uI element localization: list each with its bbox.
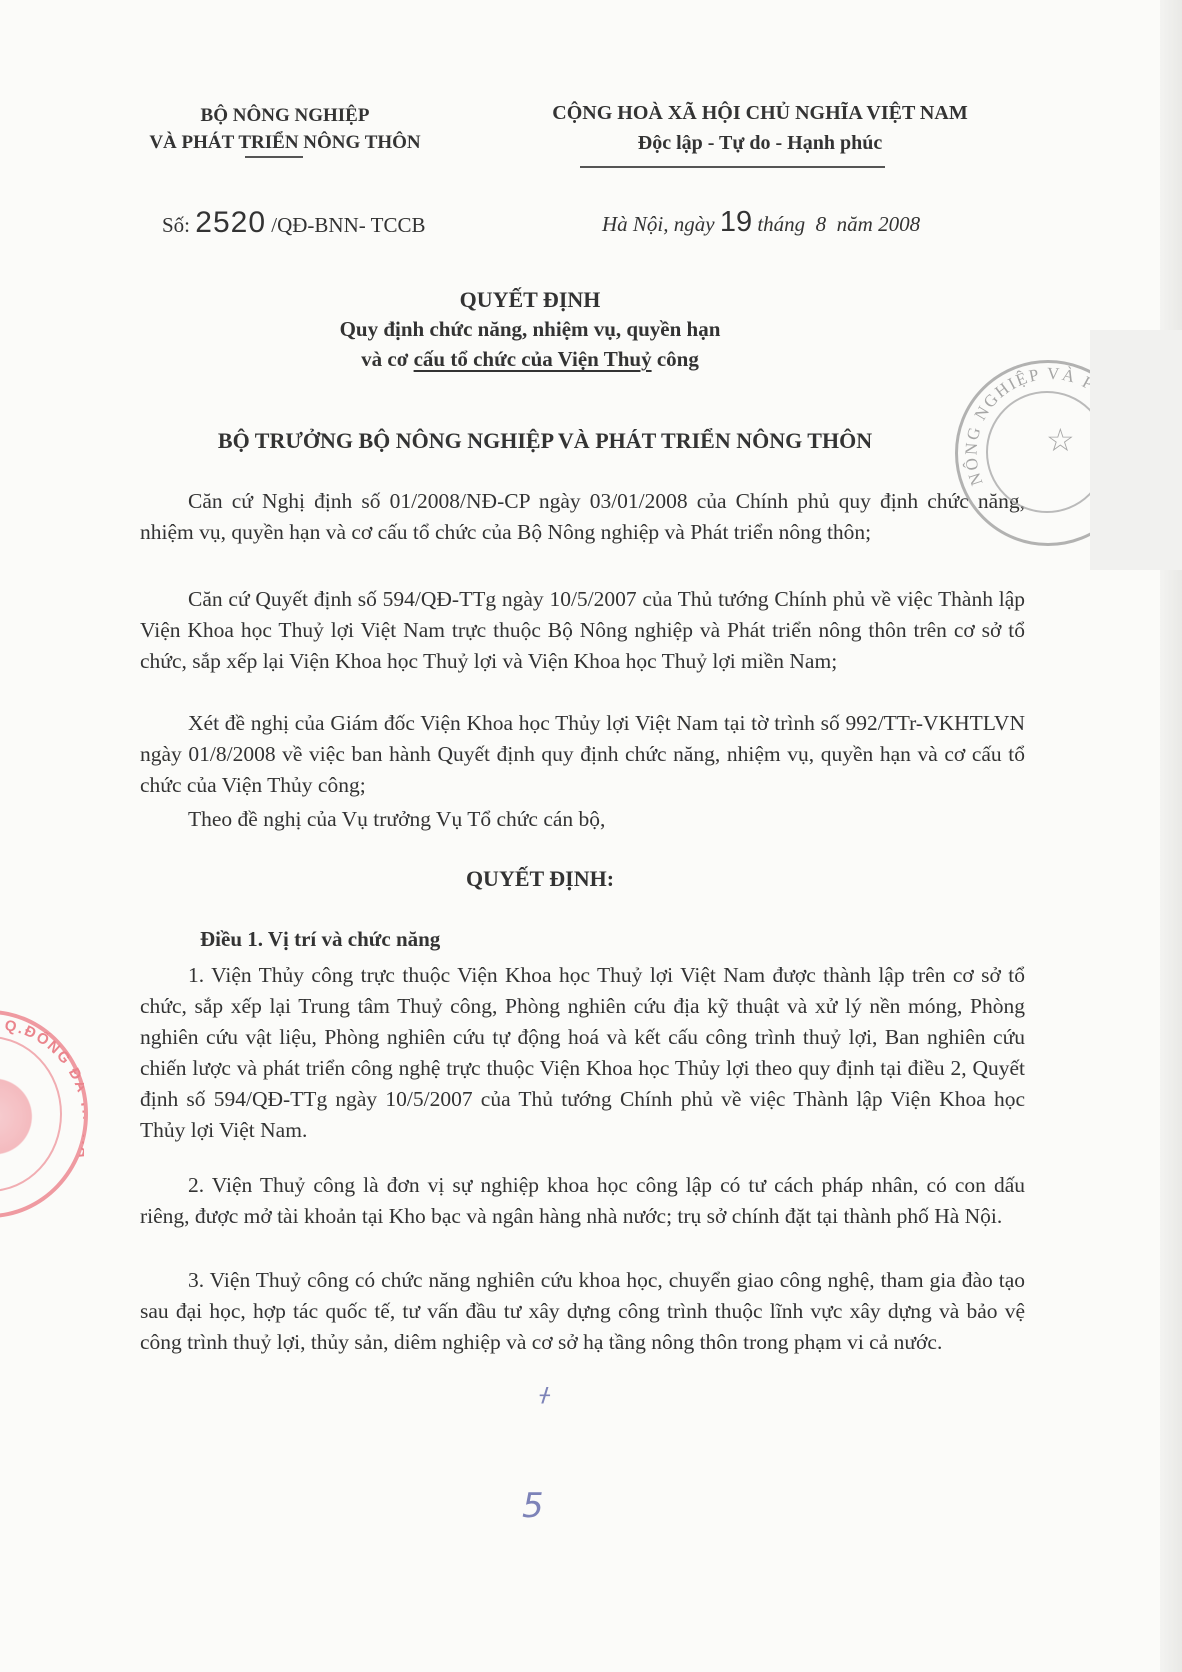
- article-1-heading: Điều 1. Vị trí và chức năng: [200, 927, 440, 952]
- scan-edge-shadow: [1160, 0, 1182, 1672]
- preamble-decision: Căn cứ Quyết định số 594/QĐ-TTg ngày 10/…: [140, 584, 1025, 677]
- initial-mark: ᚋ: [540, 1382, 550, 1406]
- country-line-1: CỘNG HOÀ XÃ HỘI CHỦ NGHĨA VIỆT NAM: [500, 98, 1020, 128]
- decision-heading: QUYẾT ĐỊNH:: [0, 866, 1080, 892]
- district-seal: Q.ĐỐNG ĐA T.P HÀ NỘI: [0, 1010, 88, 1218]
- subtitle-line-1: Quy định chức năng, nhiệm vụ, quyền hạn: [0, 314, 1060, 344]
- date-rest: tháng 8 năm 2008: [757, 212, 920, 236]
- number-suffix: /QĐ-BNN- TCCB: [271, 213, 425, 237]
- country-motto: Độc lập - Tự do - Hạnh phúc: [500, 128, 1020, 158]
- ministry-line-1: BỘ NÔNG NGHIỆP: [140, 102, 430, 129]
- ministry-line-2: VÀ PHÁT TRIỂN NÔNG THÔN: [140, 129, 430, 156]
- date-day: 19: [720, 206, 752, 238]
- decision-title: QUYẾT ĐỊNH: [0, 287, 1060, 313]
- preamble-proposal: Xét đề nghị của Giám đốc Viện Khoa học T…: [140, 708, 1025, 801]
- ministry-header: BỘ NÔNG NGHIỆP VÀ PHÁT TRIỂN NÔNG THÔN: [140, 102, 430, 156]
- preamble-hr-proposal: Theo đề nghị của Vụ trưởng Vụ Tổ chức cá…: [140, 804, 1025, 835]
- subtitle-line-2: và cơ cấu tổ chức của Viện Thuỷ công: [0, 344, 1060, 374]
- issuer-heading: BỘ TRƯỞNG BỘ NÔNG NGHIỆP VÀ PHÁT TRIỂN N…: [0, 428, 1090, 454]
- page-number: 5: [522, 1486, 544, 1526]
- document-date: Hà Nội, ngày 19 tháng 8 năm 2008: [602, 206, 920, 239]
- date-prefix: Hà Nội, ngày: [602, 212, 715, 236]
- country-header: CỘNG HOÀ XÃ HỘI CHỦ NGHĨA VIỆT NAM Độc l…: [500, 98, 1020, 158]
- ministry-underline: [245, 156, 303, 158]
- number-value: 2520: [195, 206, 266, 239]
- motto-underline: [580, 166, 885, 168]
- document-page: BỘ NÔNG NGHIỆP VÀ PHÁT TRIỂN NÔNG THÔN C…: [0, 0, 1182, 1672]
- scan-edge-mask: [1090, 330, 1182, 570]
- preamble-decree: Căn cứ Nghị định số 01/2008/NĐ-CP ngày 0…: [140, 486, 1025, 548]
- article-1-clause-1: 1. Viện Thủy công trực thuộc Viện Khoa h…: [140, 960, 1025, 1146]
- decision-subtitle: Quy định chức năng, nhiệm vụ, quyền hạn …: [0, 314, 1060, 374]
- article-1-clause-3: 3. Viện Thuỷ công có chức năng nghiên cứ…: [140, 1265, 1025, 1358]
- document-number: Số: 2520 /QĐ-BNN- TCCB: [162, 206, 425, 240]
- district-seal-text-ring: Q.ĐỐNG ĐA T.P HÀ NỘI: [0, 1014, 84, 1214]
- svg-text:Q.ĐỐNG ĐA T.P HÀ NỘI: Q.ĐỐNG ĐA T.P HÀ NỘI: [0, 1014, 84, 1169]
- number-prefix: Số:: [162, 213, 190, 237]
- article-1-clause-2: 2. Viện Thuỷ công là đơn vị sự nghiệp kh…: [140, 1170, 1025, 1232]
